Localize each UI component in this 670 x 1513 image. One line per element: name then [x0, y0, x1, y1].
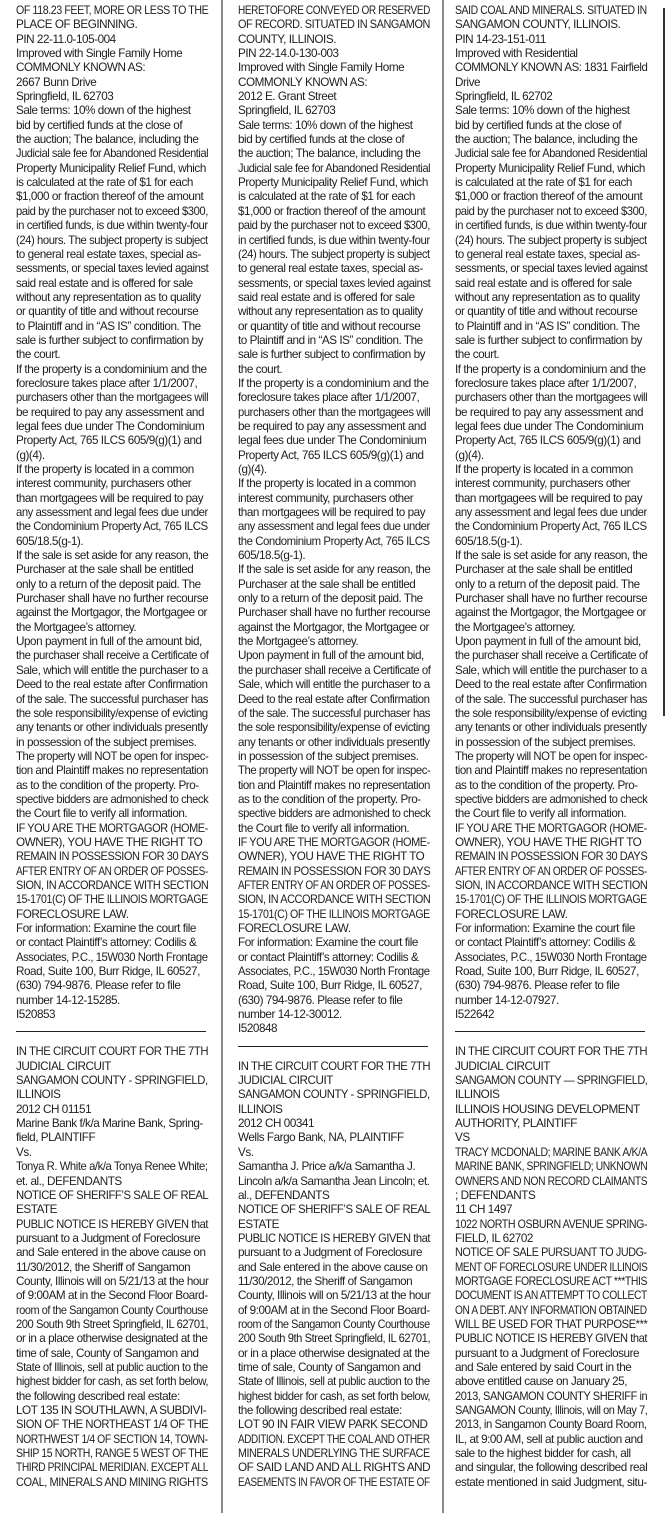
notice-text-line: as to the condition of the property. Pro…: [455, 779, 655, 793]
notice-text-line: of 9:00AM at in the Second Floor Board-: [16, 1289, 216, 1303]
notice-text-line: foreclosure takes place after 1/1/2007,: [455, 377, 655, 391]
notice-text-line: any assessment and legal fees due under: [455, 506, 648, 520]
notice-text-line: FIELD, IL 62702: [455, 1232, 655, 1246]
notice-separator-rule: [455, 1031, 645, 1032]
notice-text-line: 605/18.5(g-1).: [16, 535, 216, 549]
notice-text-line: estate mentioned in said Judgment, situ-: [455, 1476, 655, 1490]
notice-text-line: Road, Suite 100, Burr Ridge, IL 60527,: [238, 979, 438, 993]
notice-text-line: FORECLOSURE LAW.: [16, 908, 216, 922]
notice-text-line: Upon payment in full of the amount bid,: [238, 649, 438, 663]
notice-text-line: Judicial sale fee for Abandoned Resident…: [455, 147, 643, 161]
notice-text-line: than mortgagees will be required to pay: [16, 492, 216, 506]
notice-text-line: Road, Suite 100, Burr Ridge, IL 60527,: [455, 965, 655, 979]
notice-text-line: I520848: [238, 1022, 438, 1036]
notice-text-line: said real estate and is offered for sale: [455, 277, 655, 291]
notice-text-line: or contact Plaintiff’s attorney: Codilis…: [455, 936, 655, 950]
notice-text-line: 2012 CH 01151: [16, 1103, 216, 1117]
notice-text-line: Sale terms: 10% down of the highest: [16, 104, 216, 118]
notice-text-line: If the sale is set aside for any reason,…: [455, 549, 654, 563]
notice-text-line: in certified funds, is due within twenty…: [238, 234, 433, 248]
notice-text-line: is calculated at the rate of $1 for each: [16, 176, 216, 190]
legal-notice: OF 118.23 FEET, MORE OR LESS TO THEPLACE…: [16, 4, 216, 1022]
notice-text-line: tion and Plaintiff makes no representati…: [455, 764, 651, 778]
notice-text-line: Associates, P.C., 15W030 North Frontage: [238, 965, 431, 979]
notice-text-line: MINERALS UNDERLYING THE SURFACE: [238, 1447, 421, 1461]
notice-text-line: 11/30/2012, the Sheriff of Sangamon: [238, 1275, 438, 1289]
notice-text-line: Purchaser at the sale shall be entitled: [455, 563, 655, 577]
legal-notice: IN THE CIRCUIT COURT FOR THE 7THJUDICIAL…: [238, 1060, 438, 1490]
notice-text-line: the auction; The balance, including the: [16, 133, 216, 147]
notice-text-line: 605/18.5(g-1).: [455, 535, 655, 549]
notice-text-line: IF YOU ARE THE MORTGAGOR (HOME-: [16, 822, 203, 836]
notice-text-line: purchasers other than the mortgagees wil…: [16, 391, 209, 405]
notice-text-line: SION, IN ACCORDANCE WITH SECTION: [16, 879, 202, 893]
notice-text-line: (g)(4).: [238, 463, 438, 477]
notice-text-line: (24) hours. The subject property is subj…: [16, 234, 209, 248]
notice-text-line: the purchaser shall receive a Certificat…: [455, 649, 649, 663]
notice-text-line: WILL BE USED FOR THAT PURPOSE***: [455, 1318, 646, 1332]
notice-text-line: Purchaser at the sale shall be entitled: [16, 563, 216, 577]
notice-text-line: legal fees due under The Condominium: [16, 420, 216, 434]
notice-text-line: any assessment and legal fees due under: [16, 506, 209, 520]
notice-text-line: IN THE CIRCUIT COURT FOR THE 7TH: [16, 1045, 210, 1059]
notice-text-line: Judicial sale fee for Abandoned Resident…: [238, 162, 426, 176]
column-2: HERETOFORE CONVEYED OR RESERVEDOF RECORD…: [238, 4, 438, 1490]
notice-text-line: For information: Examine the court file: [16, 922, 216, 936]
notice-text-line: pursuant to a Judgment of Foreclosure: [16, 1232, 216, 1246]
notice-text-line: DOCUMENT IS AN ATTEMPT TO COLLECT: [455, 1289, 631, 1303]
notice-text-line: without any representation as to quality: [16, 291, 216, 305]
notice-text-line: SANGAMON COUNTY - SPRINGFIELD,: [238, 1088, 431, 1102]
notice-text-line: (24) hours. The subject property is subj…: [238, 248, 431, 262]
notice-text-line: 11/30/2012, the Sheriff of Sangamon: [16, 1261, 216, 1275]
notice-text-line: SANGAMON COUNTY, ILLINOIS.: [455, 18, 655, 32]
notice-text-line: the Court file to verify all information…: [238, 822, 438, 836]
notice-text-line: If the sale is set aside for any reason,…: [238, 563, 437, 577]
notice-text-line: the Court file to verify all information…: [16, 807, 216, 821]
notice-text-line: to Plaintiff and in “AS IS” condition. T…: [455, 320, 655, 334]
notice-text-line: SANGAMON County, Illinois, will on May 7…: [455, 1404, 642, 1418]
notice-text-line: Improved with Single Family Home: [238, 61, 438, 75]
notice-text-line: sessments, or special taxes levied again…: [238, 277, 431, 291]
notice-text-line: MARINE BANK, SPRINGFIELD; UNKNOWN: [455, 1160, 631, 1174]
notice-text-line: time of sale, County of Sangamon and: [238, 1361, 438, 1375]
notice-text-line: foreclosure takes place after 1/1/2007,: [238, 391, 438, 405]
notice-text-line: OF RECORD. SITUATED IN SANGAMON: [238, 18, 424, 32]
notice-text-line: and singular, the following described re…: [455, 1461, 655, 1475]
notice-text-line: OWNER), YOU HAVE THE RIGHT TO: [238, 850, 438, 864]
notice-text-line: COUNTY, ILLINOIS.: [238, 33, 438, 47]
notice-text-line: to Plaintiff and in “AS IS” condition. T…: [16, 320, 216, 334]
notice-text-line: interest community, purchasers other: [238, 492, 438, 506]
notice-text-line: PUBLIC NOTICE IS HEREBY GIVEN that: [238, 1232, 428, 1246]
notice-text-line: If the property is a condominium and the: [455, 363, 655, 377]
notice-text-line: Associates, P.C., 15W030 North Frontage: [455, 951, 648, 965]
notice-text-line: the Condominium Property Act, 765 ILCS: [16, 520, 211, 534]
notice-text-line: The property will NOT be open for inspec…: [16, 750, 210, 764]
notice-text-line: 200 South 9th Street Springfield, IL 627…: [16, 1318, 207, 1332]
notice-text-line: paid by the purchaser not to exceed $300…: [455, 205, 647, 219]
legal-notice: IN THE CIRCUIT COURT FOR THE 7THJUDICIAL…: [455, 1045, 655, 1490]
notice-text-line: Sale terms: 10% down of the highest: [238, 119, 438, 133]
notice-text-line: spective bidders are admonished to check: [455, 793, 647, 807]
notice-text-line: in certified funds, is due within twenty…: [455, 219, 650, 233]
notice-text-line: Wells Fargo Bank, NA, PLAINTIFF: [238, 1131, 438, 1145]
notice-text-line: sessments, or special taxes levied again…: [16, 262, 209, 276]
notice-text-line: (630) 794-9876. Please refer to file: [16, 979, 216, 993]
notice-text-line: be required to pay any assessment and: [238, 420, 438, 434]
notice-text-line: Springfield, IL 62703: [16, 90, 216, 104]
notice-text-line: 11 CH 1497: [455, 1203, 655, 1217]
notice-text-line: JUDICIAL CIRCUIT: [455, 1060, 655, 1074]
notice-text-line: 2012 CH 00341: [238, 1117, 438, 1131]
notice-text-line: in certified funds, is due within twenty…: [16, 219, 211, 233]
notice-text-line: 15-1701(C) OF THE ILLINOIS MORTGAGE: [455, 893, 636, 907]
notice-text-line: to general real estate taxes, special as…: [238, 262, 438, 276]
notice-text-line: Springfield, IL 62703: [238, 104, 438, 118]
notice-text-line: purchasers other than the mortgagees wil…: [455, 391, 648, 405]
notice-text-line: If the property is a condominium and the: [16, 363, 216, 377]
notice-text-line: County, Illinois will on 5/21/13 at the …: [16, 1275, 216, 1289]
notice-text-line: or contact Plaintiff’s attorney: Codilis…: [238, 951, 438, 965]
notice-text-line: I520853: [16, 1008, 216, 1022]
notice-text-line: paid by the purchaser not to exceed $300…: [238, 219, 430, 233]
notice-text-line: and Sale entered in the above cause on: [16, 1246, 216, 1260]
notice-text-line: If the property is located in a common: [455, 463, 655, 477]
notice-text-line: above entitled cause on January 25,: [455, 1375, 655, 1389]
notice-text-line: or in a place otherwise designated at th…: [16, 1332, 216, 1346]
notice-text-line: IN THE CIRCUIT COURT FOR THE 7TH: [455, 1045, 649, 1059]
notice-text-line: EASEMENTS IN FAVOR OF THE ESTATE OF: [238, 1476, 408, 1490]
notice-text-line: VS: [455, 1131, 655, 1145]
notice-text-line: REMAIN IN POSSESSION FOR 30 DAYS: [16, 850, 204, 864]
legal-notices-page: OF 118.23 FEET, MORE OR LESS TO THEPLACE…: [0, 0, 670, 1513]
notice-text-line: State of Illinois, sell at public auctio…: [238, 1375, 431, 1389]
notice-text-line: NORTHWEST 1/4 OF SECTION 14, TOWN-: [16, 1433, 194, 1447]
notice-text-line: Property Municipality Relief Fund, which: [238, 176, 438, 190]
notice-text-line: IN THE CIRCUIT COURT FOR THE 7TH: [238, 1060, 432, 1074]
notice-text-line: 15-1701(C) OF THE ILLINOIS MORTGAGE: [238, 908, 419, 922]
notice-text-line: PIN 22-11.0-105-004: [16, 33, 216, 47]
notice-text-line: Deed to the real estate after Confirmati…: [238, 693, 434, 707]
notice-text-line: PIN 22-14.0-130-003: [238, 47, 438, 61]
notice-text-line: NOTICE OF SALE PURSUANT TO JUDG-: [455, 1246, 640, 1260]
notice-text-line: SANGAMON COUNTY - SPRINGFIELD,: [16, 1074, 209, 1088]
notice-text-line: without any representation as to quality: [238, 305, 438, 319]
notice-text-line: Road, Suite 100, Burr Ridge, IL 60527,: [16, 965, 216, 979]
notice-text-line: the court.: [455, 348, 655, 362]
notice-text-line: 605/18.5(g-1).: [238, 549, 438, 563]
notice-text-line: ON A DEBT. ANY INFORMATION OBTAINED: [455, 1304, 629, 1318]
notice-text-line: tion and Plaintiff makes no representati…: [238, 779, 434, 793]
notice-text-line: in possession of the subject premises.: [455, 736, 655, 750]
notice-text-line: as to the condition of the property. Pro…: [238, 793, 438, 807]
notice-text-line: of 9:00AM at in the Second Floor Board-: [238, 1304, 438, 1318]
notice-text-line: REMAIN IN POSSESSION FOR 30 DAYS: [238, 865, 426, 879]
notice-text-line: ESTATE: [16, 1203, 216, 1217]
notice-text-line: MORTGAGE FORECLOSURE ACT ***THIS: [455, 1275, 634, 1289]
notice-text-line: TRACY MCDONALD; MARINE BANK A/K/A: [455, 1146, 634, 1160]
notice-text-line: of the sale. The successful purchaser ha…: [455, 693, 650, 707]
notice-text-line: HERETOFORE CONVEYED OR RESERVED: [238, 4, 409, 18]
notice-text-line: State of Illinois, sell at public auctio…: [16, 1361, 209, 1375]
notice-text-line: If the property is a condominium and the: [238, 377, 438, 391]
notice-text-line: Lincoln a/k/a Samantha Jean Lincoln; et.: [238, 1175, 437, 1189]
notice-text-line: I522642: [455, 1008, 655, 1022]
column-1: OF 118.23 FEET, MORE OR LESS TO THEPLACE…: [16, 4, 216, 1490]
notice-text-line: $1,000 or fraction thereof of the amount: [238, 205, 438, 219]
notice-text-line: the auction; The balance, including the: [455, 133, 655, 147]
notice-text-line: the Mortgagee’s attorney.: [16, 621, 216, 635]
notice-text-line: only to a return of the deposit paid. Th…: [16, 578, 216, 592]
notice-text-line: LOT 90 IN FAIR VIEW PARK SECOND: [238, 1418, 438, 1432]
notice-text-line: Property Municipality Relief Fund, which: [16, 162, 216, 176]
notice-text-line: Purchaser shall have no further recourse: [238, 606, 437, 620]
notice-text-line: room of the Sangamon County Courthouse: [238, 1318, 424, 1332]
notice-text-line: the Court file to verify all information…: [455, 807, 655, 821]
notice-text-line: the Mortgagee’s attorney.: [455, 621, 655, 635]
column-divider-2: [442, 0, 444, 1513]
notice-text-line: said real estate and is offered for sale: [238, 291, 438, 305]
notice-text-line: be required to pay any assessment and: [16, 406, 216, 420]
notice-text-line: to general real estate taxes, special as…: [16, 248, 216, 262]
notice-text-line: PIN 14-23-151-011: [455, 33, 655, 47]
notice-text-line: Tonya R. White a/k/a Tonya Renee White;: [16, 1160, 209, 1174]
notice-text-line: AFTER ENTRY OF AN ORDER OF POSSES-: [238, 879, 409, 893]
notice-text-line: pursuant to a Judgment of Foreclosure: [238, 1246, 438, 1260]
notice-text-line: FORECLOSURE LAW.: [238, 922, 438, 936]
notice-text-line: COMMONLY KNOWN AS:: [16, 61, 216, 75]
notice-text-line: or contact Plaintiff’s attorney: Codilis…: [16, 936, 216, 950]
notice-text-line: JUDICIAL CIRCUIT: [16, 1060, 216, 1074]
notice-text-line: against the Mortgagor, the Mortgagee or: [455, 606, 655, 620]
notice-text-line: COAL, MINERALS AND MINING RIGHTS: [16, 1476, 204, 1490]
notice-text-line: the following described real estate:: [238, 1404, 438, 1418]
notice-text-line: against the Mortgagor, the Mortgagee or: [16, 606, 216, 620]
notice-text-line: LOT 135 IN SOUTHLAWN, A SUBDIVI-: [16, 1404, 216, 1418]
notice-text-line: bid by certified funds at the close of: [238, 133, 438, 147]
notice-text-line: OF 118.23 FEET, MORE OR LESS TO THE: [16, 4, 198, 18]
notice-text-line: legal fees due under The Condominium: [238, 434, 438, 448]
notice-text-line: Vs.: [16, 1146, 216, 1160]
notice-text-line: THIRD PRINCIPAL MERIDIAN. EXCEPT ALL: [16, 1461, 191, 1475]
notice-text-line: foreclosure takes place after 1/1/2007,: [16, 377, 216, 391]
notice-text-line: said real estate and is offered for sale: [16, 277, 216, 291]
notice-text-line: Purchaser at the sale shall be entitled: [238, 578, 438, 592]
notice-text-line: SION, IN ACCORDANCE WITH SECTION: [238, 893, 424, 907]
notice-text-line: field, PLAINTIFF: [16, 1131, 216, 1145]
notice-text-line: The property will NOT be open for inspec…: [455, 750, 649, 764]
notice-text-line: tion and Plaintiff makes no representati…: [16, 764, 212, 778]
notice-text-line: or in a place otherwise designated at th…: [238, 1347, 438, 1361]
notice-text-line: paid by the purchaser not to exceed $300…: [16, 205, 208, 219]
notice-text-line: or quantity of title and without recours…: [455, 305, 655, 319]
notice-text-line: as to the condition of the property. Pro…: [16, 779, 216, 793]
column-3: SAID COAL AND MINERALS. SITUATED INSANGA…: [455, 4, 655, 1490]
notice-text-line: PUBLIC NOTICE IS HEREBY GIVEN that: [16, 1218, 206, 1232]
notice-text-line: to Plaintiff and in “AS IS” condition. T…: [238, 334, 438, 348]
notice-text-line: ; DEFENDANTS: [455, 1189, 655, 1203]
notice-text-line: spective bidders are admonished to check: [16, 793, 208, 807]
legal-notice: SAID COAL AND MINERALS. SITUATED INSANGA…: [455, 4, 655, 1022]
notice-text-line: FORECLOSURE LAW.: [455, 908, 655, 922]
notice-text-line: interest community, purchasers other: [16, 477, 216, 491]
notice-text-line: purchasers other than the mortgagees wil…: [238, 406, 431, 420]
notice-text-line: $1,000 or fraction thereof of the amount: [455, 190, 655, 204]
notice-text-line: Purchaser shall have no further recourse: [16, 592, 215, 606]
notice-text-line: the sole responsibility/expense of evict…: [16, 707, 212, 721]
notice-text-line: ESTATE: [238, 1218, 438, 1232]
notice-text-line: than mortgagees will be required to pay: [455, 492, 655, 506]
notice-text-line: COMMONLY KNOWN AS:: [238, 76, 438, 90]
notice-text-line: IL, at 9:00 AM, sell at public auction a…: [455, 1433, 655, 1447]
notice-text-line: Upon payment in full of the amount bid,: [16, 635, 216, 649]
notice-text-line: (24) hours. The subject property is subj…: [455, 234, 648, 248]
notice-text-line: the court.: [238, 363, 438, 377]
notice-text-line: or quantity of title and without recours…: [238, 320, 438, 334]
legal-notice: IN THE CIRCUIT COURT FOR THE 7THJUDICIAL…: [16, 1045, 216, 1490]
notice-text-line: al., DEFENDANTS: [238, 1189, 438, 1203]
notice-text-line: any tenants or other individuals present…: [16, 721, 214, 735]
notice-text-line: sale is further subject to confirmation …: [455, 334, 655, 348]
notice-separator-rule: [238, 1046, 428, 1047]
notice-text-line: IF YOU ARE THE MORTGAGOR (HOME-: [455, 822, 642, 836]
notice-text-line: County, Illinois will on 5/21/13 at the …: [238, 1289, 438, 1303]
notice-text-line: room of the Sangamon County Courthouse: [16, 1304, 202, 1318]
notice-text-line: ILLINOIS: [16, 1088, 216, 1102]
notice-text-line: AFTER ENTRY OF AN ORDER OF POSSES-: [16, 865, 187, 879]
notice-text-line: ILLINOIS: [455, 1088, 655, 1102]
notice-text-line: Property Municipality Relief Fund, which: [455, 162, 655, 176]
notice-text-line: Property Act, 765 ILCS 605/9(g)(1) and: [455, 434, 655, 448]
notice-text-line: $1,000 or fraction thereof of the amount: [16, 190, 216, 204]
notice-text-line: For information: Examine the court file: [238, 936, 438, 950]
notice-text-line: ADDITION. EXCEPT THE COAL AND OTHER: [238, 1433, 408, 1447]
notice-text-line: the Mortgagee’s attorney.: [238, 635, 438, 649]
notice-text-line: the auction; The balance, including the: [238, 147, 438, 161]
notice-text-line: in possession of the subject premises.: [238, 750, 438, 764]
notice-text-line: Judicial sale fee for Abandoned Resident…: [16, 147, 204, 161]
notice-text-line: AFTER ENTRY OF AN ORDER OF POSSES-: [455, 865, 626, 879]
notice-text-line: bid by certified funds at the close of: [455, 119, 655, 133]
page-edge-bar: [663, 8, 665, 716]
notice-text-line: spective bidders are admonished to check: [238, 807, 430, 821]
notice-text-line: in possession of the subject premises.: [16, 736, 216, 750]
notice-text-line: sale is further subject to confirmation …: [16, 334, 216, 348]
notice-text-line: Improved with Residential: [455, 47, 655, 61]
notice-text-line: OWNERS AND NON RECORD CLAIMANTS: [455, 1175, 630, 1189]
notice-text-line: PLACE OF BEGINNING.: [16, 18, 216, 32]
notice-text-line: Deed to the real estate after Confirmati…: [16, 678, 212, 692]
notice-text-line: Purchaser shall have no further recourse: [455, 592, 654, 606]
notice-text-line: PUBLIC NOTICE IS HEREBY GIVEN that: [455, 1332, 645, 1346]
notice-text-line: Marine Bank f/k/a Marine Bank, Spring-: [16, 1117, 216, 1131]
notice-text-line: bid by certified funds at the close of: [16, 119, 216, 133]
notice-text-line: et. al., DEFENDANTS: [16, 1175, 216, 1189]
notice-text-line: SION, IN ACCORDANCE WITH SECTION: [455, 879, 641, 893]
notice-text-line: any tenants or other individuals present…: [455, 721, 653, 735]
notice-text-line: highest bidder for cash, as set forth be…: [16, 1375, 209, 1389]
notice-text-line: pursuant to a Judgment of Foreclosure: [455, 1347, 655, 1361]
notice-text-line: AUTHORITY, PLAINTIFF: [455, 1117, 655, 1131]
notice-text-line: 2013, SANGAMON COUNTY SHERIFF in: [455, 1390, 643, 1404]
notice-text-line: the Condominium Property Act, 765 ILCS: [455, 520, 650, 534]
notice-text-line: any assessment and legal fees due under: [238, 520, 431, 534]
notice-text-line: Sale, which will entitle the purchaser t…: [16, 664, 216, 678]
notice-text-line: to general real estate taxes, special as…: [455, 248, 655, 262]
notice-text-line: OWNER), YOU HAVE THE RIGHT TO: [455, 836, 655, 850]
notice-text-line: 1022 NORTH OSBURN AVENUE SPRING-: [455, 1218, 637, 1232]
notice-text-line: is calculated at the rate of $1 for each: [238, 190, 438, 204]
notice-text-line: of the sale. The successful purchaser ha…: [16, 693, 211, 707]
notice-text-line: Associates, P.C., 15W030 North Frontage: [16, 951, 209, 965]
notice-text-line: 2013, in Sangamon County Board Room,: [455, 1418, 649, 1432]
notice-text-line: ILLINOIS HOUSING DEVELOPMENT: [455, 1103, 655, 1117]
notice-text-line: Vs.: [238, 1146, 438, 1160]
notice-text-line: ILLINOIS: [238, 1103, 438, 1117]
notice-text-line: SAID COAL AND MINERALS. SITUATED IN: [455, 4, 634, 18]
notice-text-line: COMMONLY KNOWN AS: 1831 Fairfield: [455, 61, 651, 75]
notice-text-line: any tenants or other individuals present…: [238, 736, 436, 750]
notice-text-line: the Condominium Property Act, 765 ILCS: [238, 535, 433, 549]
notice-text-line: be required to pay any assessment and: [455, 406, 655, 420]
notice-text-line: For information: Examine the court file: [455, 922, 655, 936]
notice-text-line: the court.: [16, 348, 216, 362]
notice-text-line: number 14-12-30012.: [238, 1008, 438, 1022]
column-divider-1: [221, 0, 223, 1513]
notice-text-line: the sole responsibility/expense of evict…: [238, 721, 434, 735]
notice-text-line: Springfield, IL 62702: [455, 90, 655, 104]
notice-text-line: number 14-12-07927.: [455, 994, 655, 1008]
notice-text-line: interest community, purchasers other: [455, 477, 655, 491]
notice-text-line: SANGAMON COUNTY — SPRINGFIELD,: [455, 1074, 641, 1088]
notice-text-line: OWNER), YOU HAVE THE RIGHT TO: [16, 836, 216, 850]
notice-text-line: than mortgagees will be required to pay: [238, 506, 438, 520]
notice-text-line: OF SAID LAND AND ALL RIGHTS AND: [238, 1461, 438, 1475]
notice-text-line: highest bidder for cash, as set forth be…: [238, 1390, 431, 1404]
notice-text-line: SHIP 15 NORTH, RANGE 5 WEST OF THE: [16, 1447, 196, 1461]
notice-text-line: the purchaser shall receive a Certificat…: [238, 664, 432, 678]
notice-text-line: 2012 E. Grant Street: [238, 90, 438, 104]
notice-text-line: sessments, or special taxes levied again…: [455, 262, 648, 276]
notice-text-line: 15-1701(C) OF THE ILLINOIS MORTGAGE: [16, 893, 197, 907]
notice-text-line: (g)(4).: [16, 449, 216, 463]
notice-text-line: NOTICE OF SHERIFF’S SALE OF REAL: [16, 1189, 209, 1203]
notice-text-line: and Sale entered in the above cause on: [238, 1261, 438, 1275]
notice-text-line: Drive: [455, 76, 655, 90]
notice-text-line: only to a return of the deposit paid. Th…: [455, 578, 655, 592]
notice-text-line: only to a return of the deposit paid. Th…: [238, 592, 438, 606]
notice-separator-rule: [16, 1031, 206, 1032]
notice-text-line: MENT OF FORECLOSURE UNDER ILLINOIS: [455, 1261, 626, 1275]
notice-text-line: If the property is located in a common: [238, 477, 438, 491]
notice-text-line: NOTICE OF SHERIFF’S SALE OF REAL: [238, 1203, 431, 1217]
notice-text-line: Sale, which will entitle the purchaser t…: [238, 678, 438, 692]
notice-text-line: If the property is located in a common: [16, 463, 216, 477]
notice-text-line: the following described real estate:: [16, 1390, 216, 1404]
notice-text-line: IF YOU ARE THE MORTGAGOR (HOME-: [238, 836, 425, 850]
notice-text-line: and Sale entered by said Court in the: [455, 1361, 655, 1375]
notice-text-line: the purchaser shall receive a Certificat…: [16, 649, 210, 663]
notice-text-line: the sole responsibility/expense of evict…: [455, 707, 651, 721]
notice-text-line: (g)(4).: [455, 449, 655, 463]
notice-text-line: without any representation as to quality: [455, 291, 655, 305]
notice-text-line: Samantha J. Price a/k/a Samantha J.: [238, 1160, 438, 1174]
notice-text-line: The property will NOT be open for inspec…: [238, 764, 432, 778]
legal-notice: HERETOFORE CONVEYED OR RESERVEDOF RECORD…: [238, 4, 438, 1037]
notice-text-line: REMAIN IN POSSESSION FOR 30 DAYS: [455, 850, 643, 864]
notice-text-line: 2667 Bunn Drive: [16, 76, 216, 90]
